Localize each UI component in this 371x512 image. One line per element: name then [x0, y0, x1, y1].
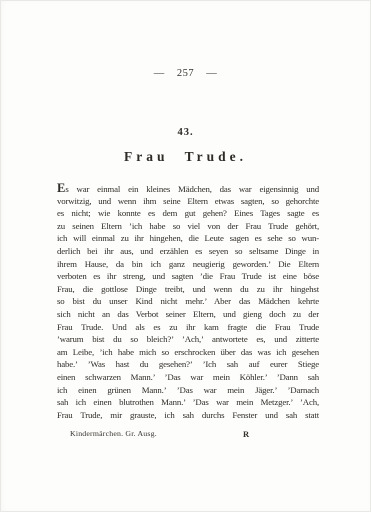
page-footer: Kindermärchen. Gr. Ausg. R [57, 429, 319, 438]
edition-note: Kindermärchen. Gr. Ausg. [70, 429, 157, 438]
page-number: — 257 — [0, 68, 371, 79]
body-line: ihrem Hause, da bin ich ganz neugierig g… [57, 258, 319, 271]
body-line: am Leibe, ’ich habe mich so erschrocken … [57, 346, 319, 359]
book-page: — 257 — 43. Frau Trude. Es war einmal ei… [0, 0, 371, 512]
chapter-number: 43. [0, 127, 371, 138]
body-line: einen schwarzen Mann.’ ’Das war mein Köh… [57, 371, 319, 384]
body-line: derlich bei ihr aus, und erzählen es sey… [57, 245, 319, 258]
body-line: es nicht; wie konnte es dem gut gehen? E… [57, 207, 319, 220]
body-line: Frau, die gottlose Dinge treibt, und wen… [57, 283, 319, 296]
body-line: ich einen grünen Mann.’ ’Das war mein Jä… [57, 384, 319, 397]
body-line: so bist du unser Kind nicht mehr.’ Aber … [57, 295, 319, 308]
body-line: Frau Trude, mir grauste, ich sah durchs … [57, 409, 319, 422]
body-line: vorwitzig, und wenn ihm seine Eltern etw… [57, 195, 319, 208]
story-title: Frau Trude. [0, 149, 371, 165]
body-line: Es war einmal ein kleines Mädchen, das w… [57, 182, 319, 195]
body-line: ich will einmal zu ihr hingehen, die Leu… [57, 232, 319, 245]
body-line-text: s war einmal ein kleines Mädchen, das wa… [65, 184, 319, 194]
story-body: Es war einmal ein kleines Mädchen, das w… [57, 182, 319, 421]
body-line: verboten es ihr streng, und sagten ’die … [57, 270, 319, 283]
body-line: ’warum bist du so bleich?’ ’Ach,’ antwor… [57, 333, 319, 346]
body-line: sah ich einen blutrothen Mann.’ ’Das war… [57, 396, 319, 409]
signature-mark: R [243, 429, 249, 439]
body-line: habe.’ ’Was hast du gesehen?’ ’Ich sah a… [57, 358, 319, 371]
body-line: zu seinen Eltern ’ich habe so viel von d… [57, 220, 319, 233]
body-line: Frau Trude. Und als es zu ihr kam fragte… [57, 321, 319, 334]
body-line: sich nicht an das Verbot seiner Eltern, … [57, 308, 319, 321]
